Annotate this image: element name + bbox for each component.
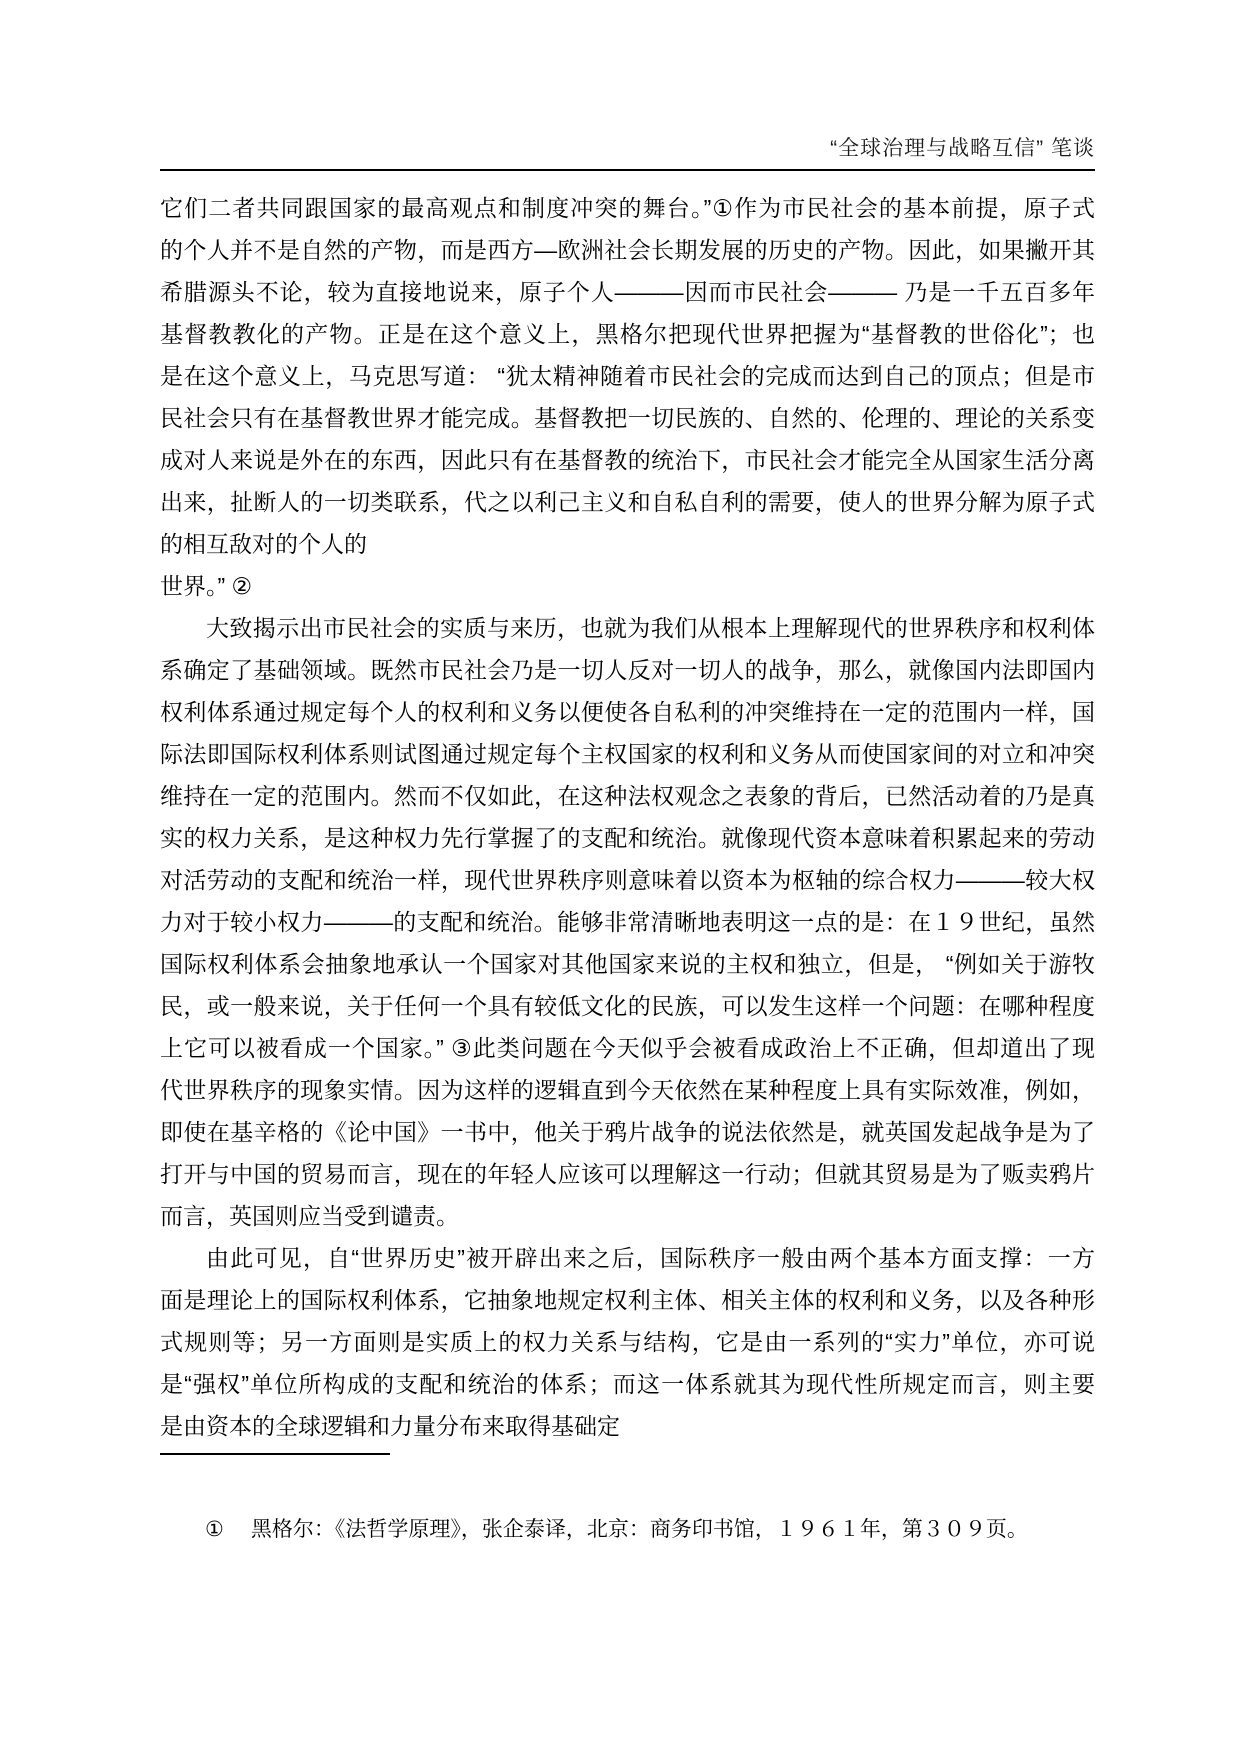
body-line: 系确定了基础领域。既然市民社会乃是一切人反对一切人的战争，那么，就像国内法即国内 — [160, 649, 1095, 691]
footnote-separator — [160, 1453, 390, 1455]
body-line: 即使在基辛格的《论中国》一书中，他关于鸦片战争的说法依然是，就英国发起战争是为了 — [160, 1111, 1095, 1153]
body-line: 的相互敌对的个人的 — [160, 523, 1095, 565]
body-line: 成对人来说是外在的东西，因此只有在基督教的统治下，市民社会才能完全从国家生活分离 — [160, 439, 1095, 481]
paragraph: 它们二者共同跟国家的最高观点和制度冲突的舞台。”①作为市民社会的基本前提，原子式… — [160, 187, 1095, 607]
body-line: 对活劳动的支配和统治一样，现代世界秩序则意味着以资本为枢轴的综合权力———较大权 — [160, 859, 1095, 901]
body-line: 是在这个意义上，马克思写道： “犹太精神随着市民社会的完成而达到自己的顶点；但是… — [160, 355, 1095, 397]
body-line: 维持在一定的范围内。然而不仅如此，在这种法权观念之表象的背后，已然活动着的乃是真 — [160, 775, 1095, 817]
body-line: 上它可以被看成一个国家。” ③此类问题在今天似乎会被看成政治上不正确，但却道出了… — [160, 1027, 1095, 1069]
body-line: 出来，扯断人的一切类联系，代之以利己主义和自私自利的需要，使人的世界分解为原子式 — [160, 481, 1095, 523]
running-head-title: “全球治理与战略互信” 笔谈 — [160, 134, 1095, 164]
document-page: “全球治理与战略互信” 笔谈 它们二者共同跟国家的最高观点和制度冲突的舞台。”①… — [0, 0, 1240, 1754]
body-line: 由此可见，自“世界历史”被开辟出来之后，国际秩序一般由两个基本方面支撑：一方 — [160, 1237, 1095, 1279]
body-line: 民社会只有在基督教世界才能完成。基督教把一切民族的、自然的、伦理的、理论的关系变 — [160, 397, 1095, 439]
footnote-text: 黑格尔：《法哲学原理》，张企泰译，北京：商务印书馆，１９６１年，第３０９页。 — [251, 1518, 1028, 1541]
paragraph: 大致揭示出市民社会的实质与来历，也就为我们从根本上理解现代的世界秩序和权利体 系… — [160, 607, 1095, 1237]
body-line: 代世界秩序的现象实情。因为这样的逻辑直到今天依然在某种程度上具有实际效准，例如， — [160, 1069, 1095, 1111]
body-line: 打开与中国的贸易而言，现在的年轻人应该可以理解这一行动；但就其贸易是为了贩卖鸦片 — [160, 1153, 1095, 1195]
page-body: 它们二者共同跟国家的最高观点和制度冲突的舞台。”①作为市民社会的基本前提，原子式… — [160, 187, 1095, 1447]
footnote: ①黑格尔：《法哲学原理》，张企泰译，北京：商务印书馆，１９６１年，第３０９页。 — [160, 1515, 1095, 1545]
body-line: 际法即国际权利体系则试图通过规定每个主权国家的权利和义务从而使国家间的对立和冲突 — [160, 733, 1095, 775]
footnote-marker: ① — [205, 1515, 224, 1545]
body-line: 它们二者共同跟国家的最高观点和制度冲突的舞台。”①作为市民社会的基本前提，原子式 — [160, 187, 1095, 229]
body-line: 权利体系通过规定每个人的权利和义务以便使各自私利的冲突维持在一定的范围内一样，国 — [160, 691, 1095, 733]
header-rule — [160, 169, 1095, 171]
body-line: 而言，英国则应当受到谴责。 — [160, 1195, 1095, 1237]
body-line: 面是理论上的国际权利体系，它抽象地规定权利主体、相关主体的权利和义务，以及各种形 — [160, 1279, 1095, 1321]
body-line: 是“强权”单位所构成的支配和统治的体系；而这一体系就其为现代性所规定而言，则主要 — [160, 1363, 1095, 1405]
body-line: 力对于较小权力———的支配和统治。能够非常清晰地表明这一点的是：在１９世纪，虽然 — [160, 901, 1095, 943]
paragraph: 由此可见，自“世界历史”被开辟出来之后，国际秩序一般由两个基本方面支撑：一方 面… — [160, 1237, 1095, 1447]
body-line: 是由资本的全球逻辑和力量分布来取得基础定 — [160, 1405, 1095, 1447]
body-line: 的个人并不是自然的产物，而是西方—欧洲社会长期发展的历史的产物。因此，如果撇开其 — [160, 229, 1095, 271]
body-line: 实的权力关系，是这种权力先行掌握了的支配和统治。就像现代资本意味着积累起来的劳动 — [160, 817, 1095, 859]
body-line: 世界。” ② — [160, 565, 1095, 607]
body-line: 式规则等；另一方面则是实质上的权力关系与结构，它是由一系列的“实力”单位，亦可说 — [160, 1321, 1095, 1363]
body-line: 基督教教化的产物。正是在这个意义上，黑格尔把现代世界把握为“基督教的世俗化”；也 — [160, 313, 1095, 355]
page-content: “全球治理与战略互信” 笔谈 它们二者共同跟国家的最高观点和制度冲突的舞台。”①… — [160, 0, 1095, 1545]
body-line: 民，或一般来说，关于任何一个具有较低文化的民族，可以发生这样一个问题：在哪种程度 — [160, 985, 1095, 1027]
body-line: 国际权利体系会抽象地承认一个国家对其他国家来说的主权和独立，但是， “例如关于游… — [160, 943, 1095, 985]
body-line: 希腊源头不论，较为直接地说来，原子个人———因而市民社会——— 乃是一千五百多年 — [160, 271, 1095, 313]
body-line: 大致揭示出市民社会的实质与来历，也就为我们从根本上理解现代的世界秩序和权利体 — [160, 607, 1095, 649]
